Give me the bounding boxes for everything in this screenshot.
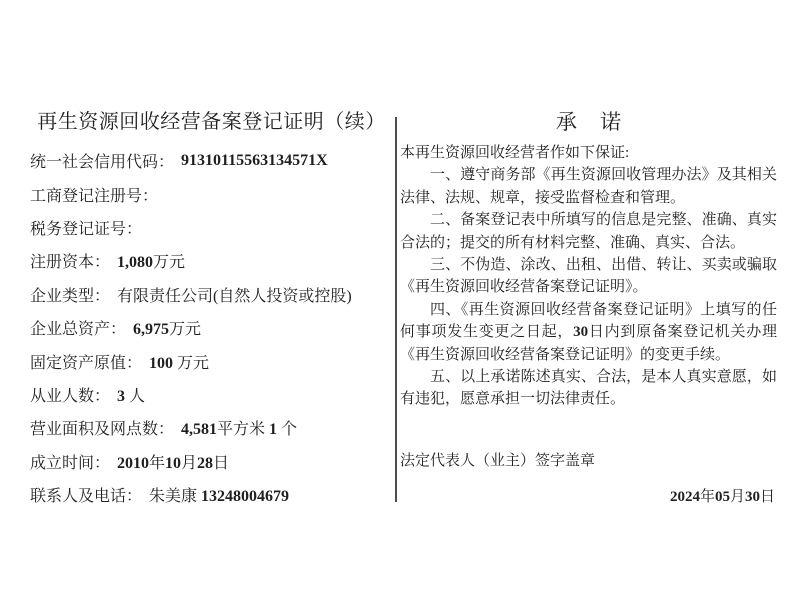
commitment-item-3: 三、不伪造、涂改、出租、出借、转让、买卖或骗取《再生资源回收经营备案登记证明》。	[400, 254, 777, 299]
field-label: 企业总资产：	[30, 316, 126, 339]
field-row-company-type: 企业类型： 有限责任公司(自然人投资或控股)	[30, 278, 393, 311]
commitment-item-1: 一、遵守商务部《再生资源回收管理办法》及其相关法律、法规、规章，接受监督检查和管…	[400, 164, 777, 209]
commitment-body: 本再生资源回收经营者作如下保证: 一、遵守商务部《再生资源回收管理办法》及其相关…	[400, 142, 777, 411]
field-row-contact: 联系人及电话： 朱美康 13248004679	[30, 478, 393, 511]
field-label: 营业面积及网点数：	[30, 416, 174, 439]
field-label: 从业人数：	[30, 383, 110, 406]
commitment-item-4: 四、《再生资源回收经营备案登记证明》上填写的任何事项发生变更之日起，30日内到原…	[400, 299, 777, 366]
field-row-registered-capital: 注册资本： 1,080万元	[30, 244, 393, 277]
commitment-item-5: 五、以上承诺陈述真实、合法，是本人真实意愿，如有违犯，愿意承担一切法律责任。	[400, 366, 777, 411]
field-value: 4,581平方米 1 个	[181, 416, 297, 439]
field-label: 税务登记证号：	[30, 216, 142, 239]
certificate-page: 再生资源回收经营备案登记证明（续） 统一社会信用代码： 913101155631…	[0, 0, 800, 600]
field-row-tax-reg-no: 税务登记证号：	[30, 211, 393, 244]
field-value: 100 万元	[149, 350, 209, 373]
certificate-section: 再生资源回收经营备案登记证明（续） 统一社会信用代码： 913101155631…	[30, 109, 393, 511]
commitment-item-2: 二、备案登记表中所填写的信息是完整、准确、真实合法的；提交的所有材料完整、准确、…	[400, 209, 777, 254]
field-value: 朱美康 13248004679	[149, 483, 289, 506]
signature-line: 法定代表人（业主）签字盖章	[400, 451, 777, 471]
field-label: 工商登记注册号：	[30, 183, 158, 206]
issue-date: 2024年05月30日	[400, 485, 777, 506]
field-row-total-assets: 企业总资产： 6,975万元	[30, 311, 393, 344]
field-value: 3 人	[117, 383, 145, 406]
field-row-employees: 从业人数： 3 人	[30, 378, 393, 411]
certificate-fields: 统一社会信用代码： 91310115563134571X 工商登记注册号： 税务…	[30, 144, 393, 511]
field-label: 固定资产原值：	[30, 350, 142, 373]
field-row-business-area: 营业面积及网点数： 4,581平方米 1 个	[30, 411, 393, 444]
commitment-intro: 本再生资源回收经营者作如下保证:	[400, 142, 777, 164]
field-value: 2010年10月28日	[117, 450, 229, 473]
field-value: 1,080万元	[117, 249, 185, 272]
field-row-founding-date: 成立时间： 2010年10月28日	[30, 445, 393, 478]
field-row-credit-code: 统一社会信用代码： 91310115563134571X	[30, 144, 393, 177]
field-value: 6,975万元	[133, 316, 201, 339]
field-label: 企业类型：	[30, 283, 110, 306]
field-label: 联系人及电话：	[30, 483, 142, 506]
commitment-section: 承 诺 本再生资源回收经营者作如下保证: 一、遵守商务部《再生资源回收管理办法》…	[400, 109, 777, 506]
field-value: 91310115563134571X	[181, 152, 328, 170]
field-row-fixed-assets: 固定资产原值： 100 万元	[30, 344, 393, 377]
column-divider	[395, 117, 397, 502]
field-label: 成立时间：	[30, 450, 110, 473]
commitment-title: 承 诺	[400, 109, 777, 135]
field-label: 统一社会信用代码：	[30, 149, 174, 172]
field-row-business-reg-no: 工商登记注册号：	[30, 177, 393, 210]
field-value: 有限责任公司(自然人投资或控股)	[117, 283, 352, 306]
certificate-title: 再生资源回收经营备案登记证明（续）	[30, 109, 393, 135]
field-label: 注册资本：	[30, 249, 110, 272]
